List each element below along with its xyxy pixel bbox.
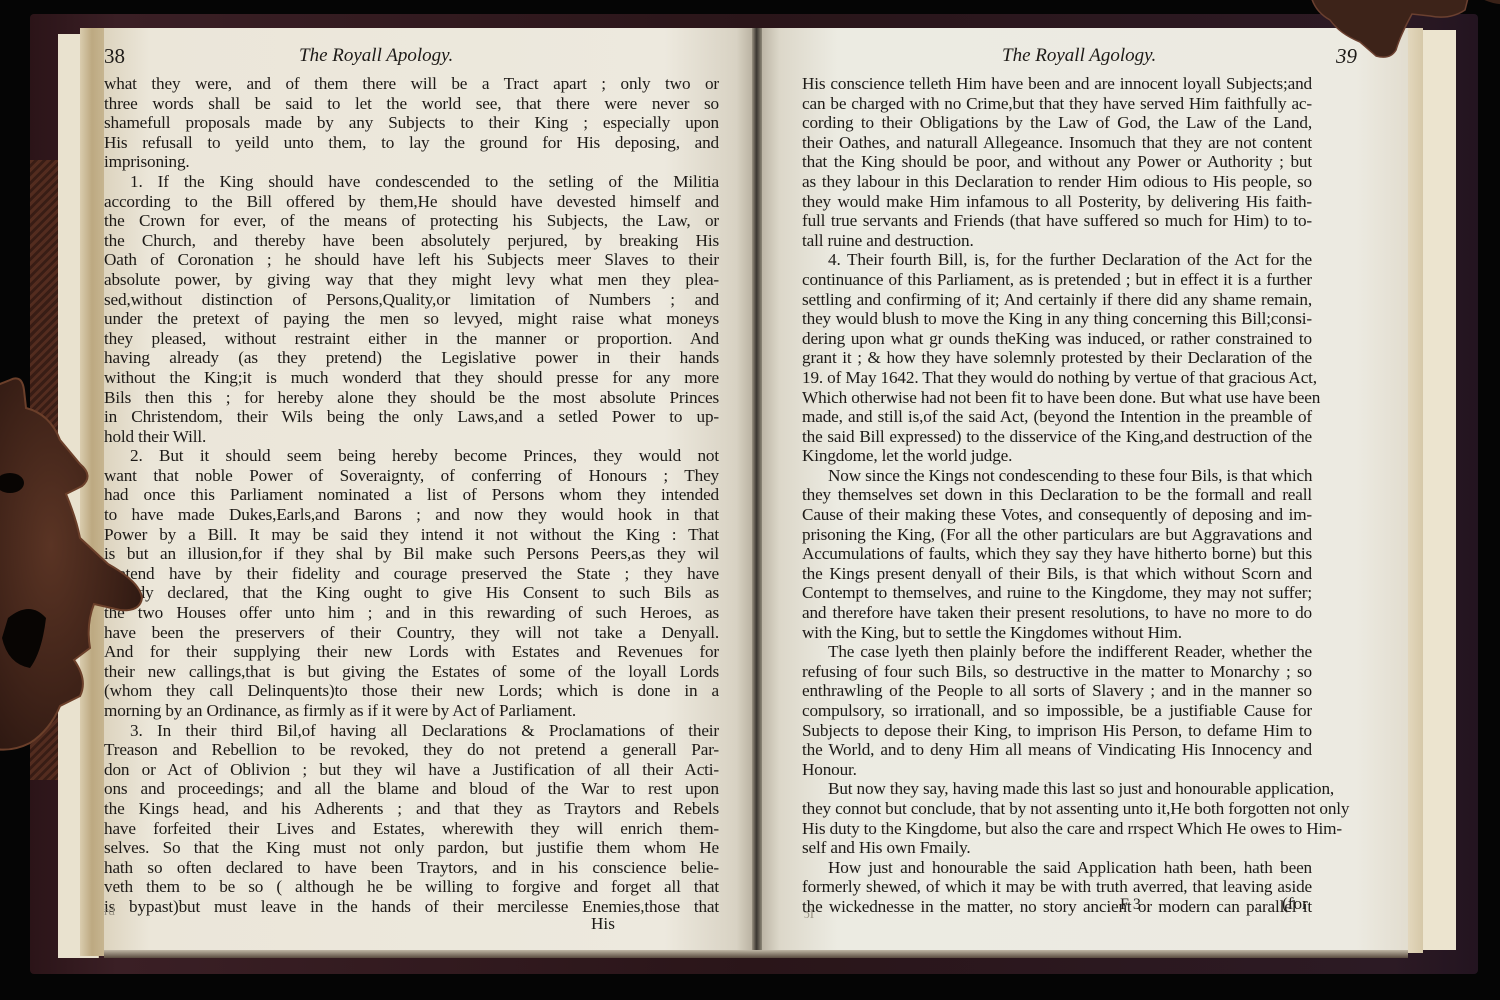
running-title: The Royall Apology. — [299, 45, 453, 67]
text-line: selves. So that the King must not only p… — [104, 838, 719, 858]
text-line: Bils then this ; for hereby alone they s… — [104, 388, 719, 408]
text-line: hath so often declared to have been Tray… — [104, 858, 719, 878]
text-line: full true servants and Friends (that hav… — [802, 211, 1312, 231]
text-line: shamefull proposals made by any Subjects… — [104, 113, 719, 133]
text-line: they would blush to move the King in any… — [802, 309, 1312, 329]
text-line: imprisoning. — [104, 152, 719, 172]
text-line: what they were, and of them there will b… — [104, 74, 719, 94]
text-line: that the King should be poor, and withou… — [802, 152, 1312, 172]
text-line: with the King, but to settle the Kingdom… — [802, 623, 1312, 643]
text-line: Treason and Rebellion to be revoked, the… — [104, 740, 719, 760]
bronze-gear-weight-icon — [1300, 0, 1500, 70]
text-line: without the King;it is much wonderd that… — [104, 368, 719, 388]
text-line: His duty to the Kingdome, but also the c… — [802, 819, 1312, 839]
text-line: according to the Bill offered by them,He… — [104, 192, 719, 212]
text-line: cording to their Obligations by the Law … — [802, 113, 1312, 133]
text-line: the Church, and thereby have been absolu… — [104, 231, 719, 251]
text-line: His refusall to yeild unto them, to lay … — [104, 133, 719, 153]
text-line: formerly shewed, of which it may be with… — [802, 877, 1312, 897]
text-line: Now since the Kings not condescending to… — [802, 466, 1312, 486]
text-line: Which otherwise had not been fit to have… — [802, 388, 1312, 408]
left-page-body: what they were, and of them there will b… — [104, 74, 719, 917]
right-page: The Royall Agology. 39 His conscience te… — [760, 28, 1408, 953]
text-line: three words shall be said to let the wor… — [104, 94, 719, 114]
catchword: (for — [1282, 894, 1308, 914]
text-line: Honour. — [802, 760, 1312, 780]
text-line: The case lyeth then plainly before the i… — [802, 642, 1312, 662]
text-line: they pleased, without restraint either i… — [104, 329, 719, 349]
text-line: had once this Parliament nominated a lis… — [104, 485, 719, 505]
text-line: to have made Dukes,Earls,and Barons ; an… — [104, 505, 719, 525]
faint-print-mark: rd — [104, 903, 115, 919]
text-line: is bypast)but must leave in the hands of… — [104, 897, 719, 917]
text-line: veth them to be so ( although he be will… — [104, 877, 719, 897]
text-line: (whom they call Delinquents)to those the… — [104, 681, 719, 701]
text-line: How just and honourable the said Applica… — [802, 858, 1312, 878]
text-line: 19. of May 1642. That they would do noth… — [802, 368, 1312, 388]
catchword: His — [591, 914, 615, 934]
faint-print-mark: ɔI — [804, 906, 814, 922]
text-line: settling and confirming of it; And certa… — [802, 290, 1312, 310]
text-line: the Kings present denyall of their Bils,… — [802, 564, 1312, 584]
text-line: Contempt to themselves, and ruine to the… — [802, 583, 1312, 603]
text-line: Accumulations of faults, which they say … — [802, 544, 1312, 564]
right-page-header: The Royall Agology. 39 — [802, 44, 1312, 68]
text-line: compulsory, so irrationall, and so impos… — [802, 701, 1312, 721]
page-number: 38 — [104, 44, 125, 69]
text-line: the said Bill expressed) to the disservi… — [802, 427, 1312, 447]
text-line: ons and proceedings; and all the blame a… — [104, 779, 719, 799]
text-line: the two Houses offer unto him ; and in t… — [104, 603, 719, 623]
text-line: they connot but conclude, that by not as… — [802, 799, 1312, 819]
text-line: 3. In their third Bil,of having all Decl… — [104, 721, 719, 741]
text-line: is but an illusion,for if they shal by B… — [104, 544, 719, 564]
text-line: hold their Will. — [104, 427, 719, 447]
text-line: their new callings,that is but giving th… — [104, 662, 719, 682]
text-line: Kingdome, let the world judge. — [802, 446, 1312, 466]
text-line: continuance of this Parliament, as is pr… — [802, 270, 1312, 290]
text-line: the wickednesse in the matter, no story … — [802, 897, 1312, 917]
text-line: Power by a Bill. It may be said they int… — [104, 525, 719, 545]
text-line: pretend have by their fidelity and coura… — [104, 564, 719, 584]
text-line: the Crown for ever, of the means of prot… — [104, 211, 719, 231]
text-line: prisoning the King, (For all the other p… — [802, 525, 1312, 545]
text-line: dering upon what gr ounds theKing was in… — [802, 329, 1312, 349]
text-line: and therefore have taken their present r… — [802, 603, 1312, 623]
text-line: the Kings head, and his Adherents ; and … — [104, 799, 719, 819]
text-line: have forfeited their Lives and Estates, … — [104, 819, 719, 839]
text-line: Cause of their making these Votes, and c… — [802, 505, 1312, 525]
running-title: The Royall Agology. — [1002, 45, 1156, 67]
page-bottom-edge — [104, 950, 1408, 958]
text-line: as they labour in this Declaration to re… — [802, 172, 1312, 192]
text-line: under the pretext of paying the men so l… — [104, 309, 719, 329]
left-page-header: 38 The Royall Apology. — [104, 44, 719, 68]
text-line: their Oathes, and naturall Allegeance. I… — [802, 133, 1312, 153]
text-line: absolute power, by giving way that they … — [104, 270, 719, 290]
text-line: But now they say, having made this last … — [802, 779, 1312, 799]
text-line: already declared, that the King ought to… — [104, 583, 719, 603]
text-line: 4. Their fourth Bill, is, for the furthe… — [802, 250, 1312, 270]
book-gutter — [752, 28, 762, 958]
text-line: sed,without distinction of Persons,Quali… — [104, 290, 719, 310]
text-line: they would make Him infamous to all Post… — [802, 192, 1312, 212]
text-line: in Christendom, their Wils being the onl… — [104, 407, 719, 427]
text-line: have been the preservers of their Countr… — [104, 623, 719, 643]
text-line: they themselves set down in this Declara… — [802, 485, 1312, 505]
text-line: grant it ; & how they have solemnly prot… — [802, 348, 1312, 368]
text-line: the World, and to deny Him all means of … — [802, 740, 1312, 760]
text-line: don or Act of Oblivion ; but they wil ha… — [104, 760, 719, 780]
text-line: And for their supplying their new Lords … — [104, 642, 719, 662]
bronze-gear-weight-icon — [0, 368, 155, 753]
text-line: 1. If the King should have condescended … — [104, 172, 719, 192]
text-line: self and His own Fmaily. — [802, 838, 1312, 858]
text-line: refusing of four such Bils, so destructi… — [802, 662, 1312, 682]
text-line: tall ruine and destruction. — [802, 231, 1312, 251]
text-line: made, and still is,of the said Act, (bey… — [802, 407, 1312, 427]
right-page-body: His conscience telleth Him have been and… — [802, 74, 1312, 917]
signature-mark: F 3 — [1120, 896, 1141, 914]
text-line: Subjects to depose their King, to impris… — [802, 721, 1312, 741]
text-line: having already (as they pretend) the Leg… — [104, 348, 719, 368]
text-line: His conscience telleth Him have been and… — [802, 74, 1312, 94]
text-line: want that noble Power of Soveraignty, of… — [104, 466, 719, 486]
text-line: can be charged with no Crime,but that th… — [802, 94, 1312, 114]
text-line: 2. But it should seem being hereby becom… — [104, 446, 719, 466]
text-line: morning by an Ordinance, as firmly as if… — [104, 701, 719, 721]
text-line: enthrawling of the People to all sorts o… — [802, 681, 1312, 701]
text-line: Oath of Coronation ; he should have left… — [104, 250, 719, 270]
